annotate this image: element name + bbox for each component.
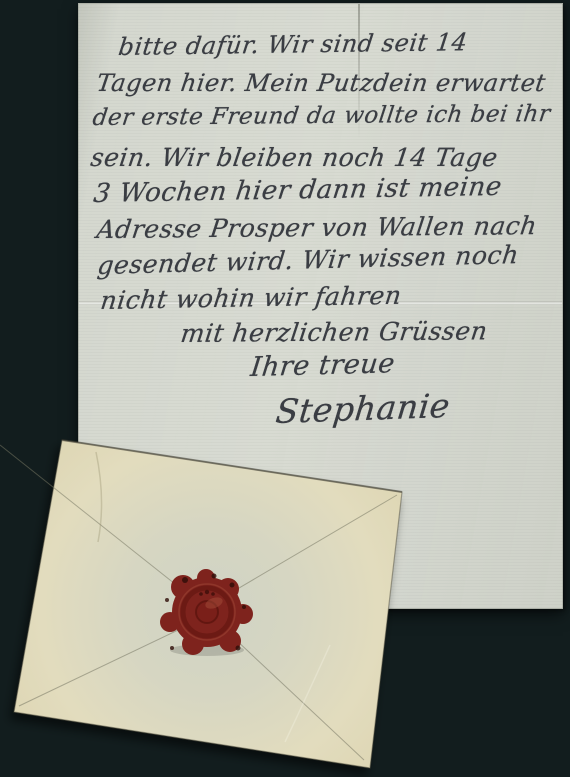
photo-stage: bitte dafür. Wir sind seit 14 Tagen hier…: [0, 0, 570, 777]
envelope-layer: [0, 0, 570, 777]
